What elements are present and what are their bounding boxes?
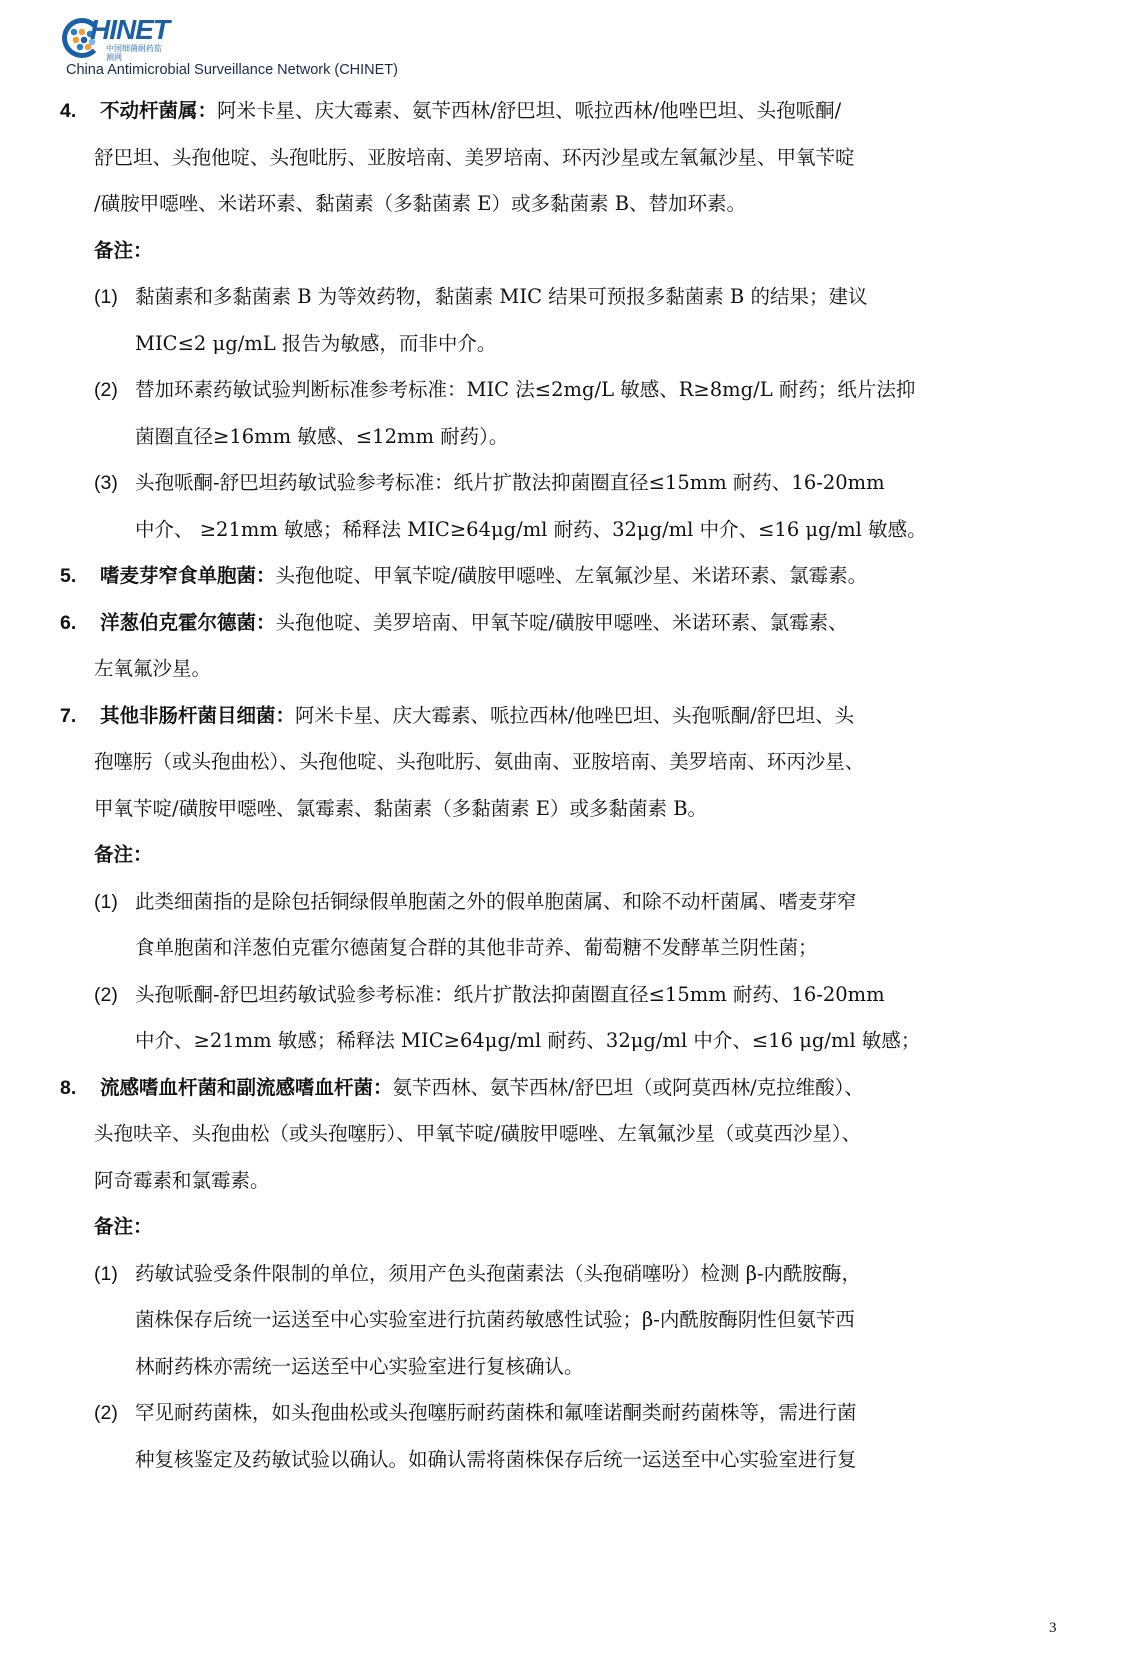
note-item: (2)替加环素药敏试验判断标准参考标准：MIC 法≤2mg/L 敏感、R≥8mg… <box>60 367 1010 414</box>
note-item: (3)头孢哌酮-舒巴坦药敏试验参考标准：纸片扩散法抑菌圈直径≤15mm 耐药、1… <box>60 460 1010 507</box>
section-text: 阿米卡星、庆大霉素、氨苄西林/舒巴坦、哌拉西林/他唑巴坦、头孢哌酮/ <box>217 99 841 122</box>
section-title: 流感嗜血杆菌和副流感嗜血杆菌： <box>100 1076 393 1099</box>
note-continuation: MIC≤2 μg/mL 报告为敏感，而非中介。 <box>60 321 1010 368</box>
section-title: 洋葱伯克霍尔德菌： <box>100 611 276 634</box>
section-8-line-3: 阿奇霉素和氯霉素。 <box>60 1158 1010 1205</box>
section-number: 4. <box>60 88 100 135</box>
logo-text: HINET <box>90 14 169 46</box>
section-8-line-1: 8.流感嗜血杆菌和副流感嗜血杆菌：氨苄西林、氨苄西林/舒巴坦（或阿莫西林/克拉维… <box>60 1065 1010 1112</box>
notes-label: 备注： <box>60 1204 1010 1251</box>
section-4-line-2: 舒巴坦、头孢他啶、头孢吡肟、亚胺培南、美罗培南、环丙沙星或左氧氟沙星、甲氧苄啶 <box>60 135 1010 182</box>
note-continuation: 菌株保存后统一运送至中心实验室进行抗菌药敏感性试验；β-内酰胺酶阴性但氨苄西 <box>60 1297 1010 1344</box>
section-6-line-1: 6.洋葱伯克霍尔德菌：头孢他啶、美罗培南、甲氧苄啶/磺胺甲噁唑、米诺环素、氯霉素… <box>60 600 1010 647</box>
notes-label: 备注： <box>60 228 1010 275</box>
note-item: (1)此类细菌指的是除包括铜绿假单胞菌之外的假单胞菌属、和除不动杆菌属、嗜麦芽窄 <box>60 879 1010 926</box>
page-number: 3 <box>1049 1620 1057 1637</box>
notes-label: 备注： <box>60 832 1010 879</box>
section-6-line-2: 左氧氟沙星。 <box>60 646 1010 693</box>
section-5-line-1: 5.嗜麦芽窄食单胞菌：头孢他啶、甲氧苄啶/磺胺甲噁唑、左氧氟沙星、米诺环素、氯霉… <box>60 553 1010 600</box>
note-continuation: 种复核鉴定及药敏试验以确认。如确认需将菌株保存后统一运送至中心实验室进行复 <box>60 1437 1010 1484</box>
section-8-line-2: 头孢呋辛、头孢曲松（或头孢噻肟）、甲氧苄啶/磺胺甲噁唑、左氧氟沙星（或莫西沙星）… <box>60 1111 1010 1158</box>
section-4-line-1: 4.不动杆菌属：阿米卡星、庆大霉素、氨苄西林/舒巴坦、哌拉西林/他唑巴坦、头孢哌… <box>60 88 1010 135</box>
note-item: (1)黏菌素和多黏菌素 B 为等效药物，黏菌素 MIC 结果可预报多黏菌素 B … <box>60 274 1010 321</box>
section-title: 嗜麦芽窄食单胞菌： <box>100 564 276 587</box>
section-7-line-3: 甲氧苄啶/磺胺甲噁唑、氯霉素、黏菌素（多黏菌素 E）或多黏菌素 B。 <box>60 786 1010 833</box>
note-item: (2)头孢哌酮-舒巴坦药敏试验参考标准：纸片扩散法抑菌圈直径≤15mm 耐药、1… <box>60 972 1010 1019</box>
section-7-line-1: 7.其他非肠杆菌目细菌：阿米卡星、庆大霉素、哌拉西林/他唑巴坦、头孢哌酮/舒巴坦… <box>60 693 1010 740</box>
note-item: (2)罕见耐药菌株，如头孢曲松或头孢噻肟耐药菌株和氟喹诺酮类耐药菌株等，需进行菌 <box>60 1390 1010 1437</box>
logo-subtitle: 中国细菌耐药监测网 <box>106 44 166 62</box>
section-7-line-2: 孢噻肟（或头孢曲松）、头孢他啶、头孢吡肟、氨曲南、亚胺培南、美罗培南、环丙沙星、 <box>60 739 1010 786</box>
note-continuation: 菌圈直径≥16mm 敏感、≤12mm 耐药）。 <box>60 414 1010 461</box>
note-continuation: 中介、≥21mm 敏感；稀释法 MIC≥64μg/ml 耐药、32μg/ml 中… <box>60 1018 1010 1065</box>
document-body: 4.不动杆菌属：阿米卡星、庆大霉素、氨苄西林/舒巴坦、哌拉西林/他唑巴坦、头孢哌… <box>60 88 1010 1483</box>
note-item: (1)药敏试验受条件限制的单位，须用产色头孢菌素法（头孢硝噻吩）检测 β-内酰胺… <box>60 1251 1010 1298</box>
note-continuation: 林耐药株亦需统一运送至中心实验室进行复核确认。 <box>60 1344 1010 1391</box>
note-continuation: 中介、 ≥21mm 敏感；稀释法 MIC≥64μg/ml 耐药、32μg/ml … <box>60 507 1010 554</box>
section-title: 不动杆菌属： <box>100 99 217 122</box>
chinet-logo: HINET 中国细菌耐药监测网 <box>62 12 172 62</box>
section-4-line-3: /磺胺甲噁唑、米诺环素、黏菌素（多黏菌素 E）或多黏菌素 B、替加环素。 <box>60 181 1010 228</box>
note-continuation: 食单胞菌和洋葱伯克霍尔德菌复合群的其他非苛养、葡萄糖不发酵革兰阴性菌； <box>60 925 1010 972</box>
document-header: HINET 中国细菌耐药监测网 <box>62 12 172 62</box>
section-title: 其他非肠杆菌目细菌： <box>100 704 295 727</box>
organization-name: China Antimicrobial Surveillance Network… <box>66 62 398 78</box>
